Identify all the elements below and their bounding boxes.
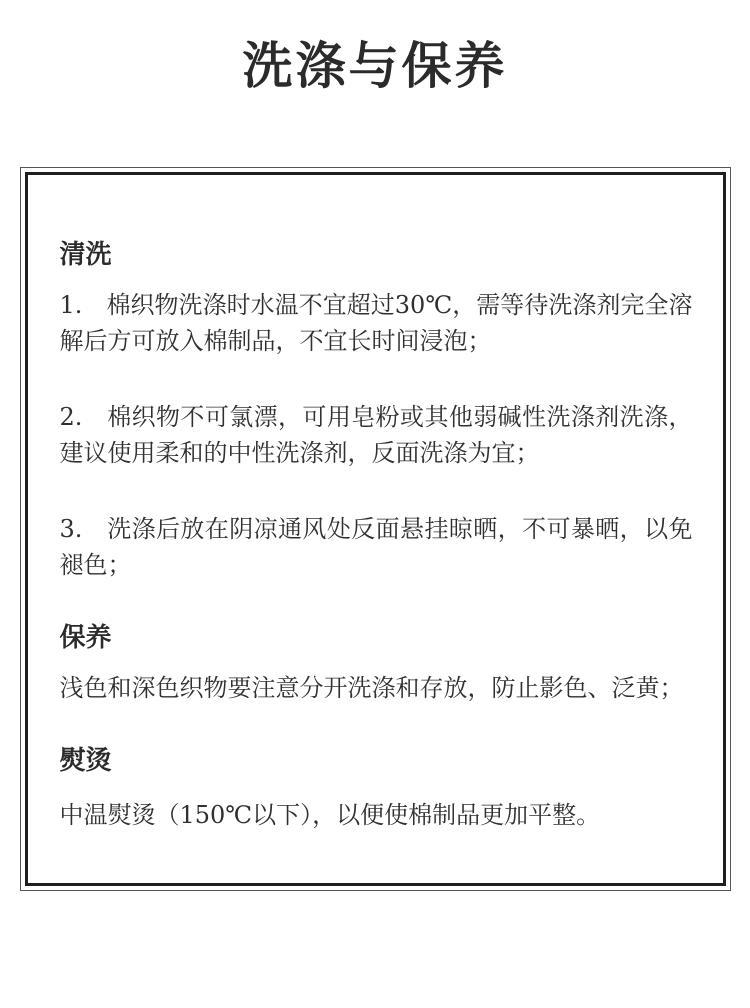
section-ironing: 熨烫 中温熨烫（150℃以下），以便使棉制品更加平整。 xyxy=(60,746,693,833)
section-heading-cleaning: 清洗 xyxy=(60,240,693,271)
section-maintenance: 保养 浅色和深色织物要注意分开洗涤和存放，防止影色、泛黄； xyxy=(60,623,693,706)
maintenance-instruction: 浅色和深色织物要注意分开洗涤和存放，防止影色、泛黄； xyxy=(60,670,693,706)
care-card: 清洗 1. 棉织物洗涤时水温不宜超过30℃，需等待洗涤剂完全溶解后方可放入棉制品… xyxy=(20,167,731,891)
cleaning-instruction-3: 3. 洗涤后放在阴凉通风处反面悬挂晾晒，不可暴晒，以免褪色； xyxy=(60,511,693,583)
ironing-instruction: 中温熨烫（150℃以下），以便使棉制品更加平整。 xyxy=(60,797,693,833)
section-heading-ironing: 熨烫 xyxy=(60,746,693,777)
page-title: 洗涤与保养 xyxy=(0,0,750,98)
section-heading-maintenance: 保养 xyxy=(60,623,693,654)
care-card-inner-border: 清洗 1. 棉织物洗涤时水温不宜超过30℃，需等待洗涤剂完全溶解后方可放入棉制品… xyxy=(25,172,726,886)
section-cleaning: 清洗 1. 棉织物洗涤时水温不宜超过30℃，需等待洗涤剂完全溶解后方可放入棉制品… xyxy=(60,240,693,583)
cleaning-instruction-2: 2. 棉织物不可氯漂，可用皂粉或其他弱碱性洗涤剂洗涤，建议使用柔和的中性洗涤剂，… xyxy=(60,399,693,471)
cleaning-instruction-1: 1. 棉织物洗涤时水温不宜超过30℃，需等待洗涤剂完全溶解后方可放入棉制品，不宜… xyxy=(60,287,693,359)
care-page: 洗涤与保养 清洗 1. 棉织物洗涤时水温不宜超过30℃，需等待洗涤剂完全溶解后方… xyxy=(0,0,750,891)
